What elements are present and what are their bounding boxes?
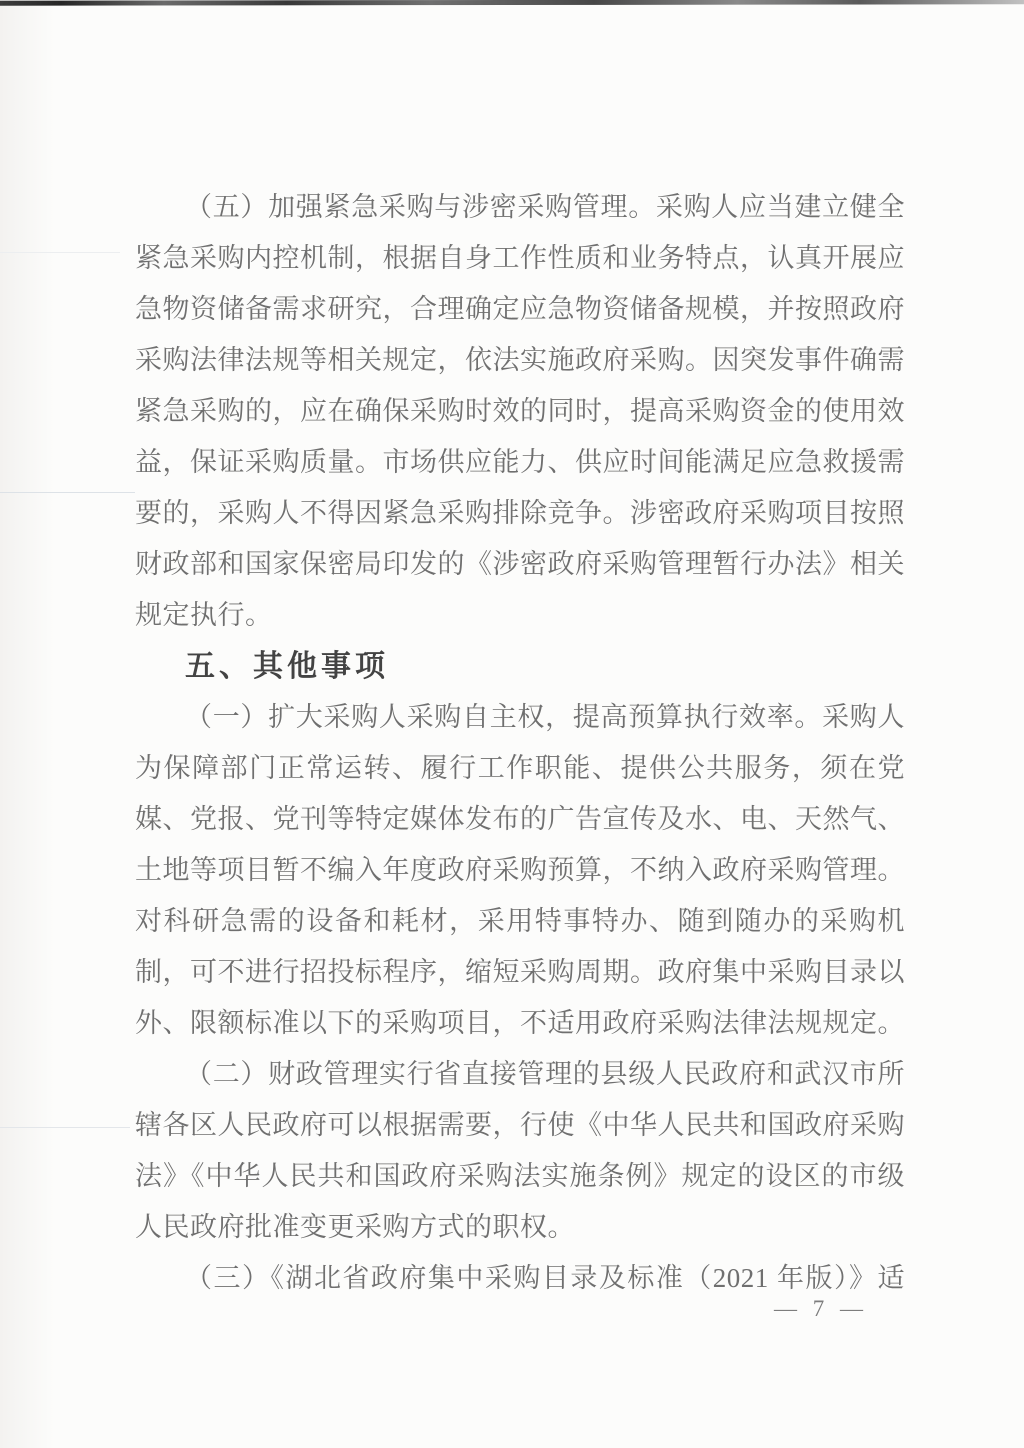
text-line: 媒、党报、党刊等特定媒体发布的广告宣传及水、电、天然气、	[135, 794, 905, 845]
text-line: 法》《中华人民共和国政府采购法实施条例》规定的设区的市级	[135, 1151, 905, 1202]
text-line: 急物资储备需求研究，合理确定应急物资储备规模，并按照政府	[135, 284, 905, 335]
text-line: （一）扩大采购人采购自主权，提高预算执行效率。采购人	[135, 692, 905, 743]
text-line: 要的，采购人不得因紧急采购排除竞争。涉密政府采购项目按照	[135, 488, 905, 539]
text-line: 益，保证采购质量。市场供应能力、供应时间能满足应急救援需	[135, 437, 905, 488]
scan-artifact-line	[0, 252, 120, 253]
text-line: 规定执行。	[135, 590, 905, 641]
scan-artifact-top-edge	[0, 0, 1024, 6]
text-line: 为保障部门正常运转、履行工作职能、提供公共服务，须在党	[135, 743, 905, 794]
page-number: — 7 —	[774, 1296, 868, 1322]
text-line: 紧急采购的，应在确保采购时效的同时，提高采购资金的使用效	[135, 386, 905, 437]
text-line: 采购法律法规等相关规定，依法实施政府采购。因突发事件确需	[135, 335, 905, 386]
text-line: 人民政府批准变更采购方式的职权。	[135, 1202, 905, 1253]
text-line: 紧急采购内控机制，根据自身工作性质和业务特点，认真开展应	[135, 233, 905, 284]
scan-artifact-line	[0, 1127, 130, 1128]
text-line: 财政部和国家保密局印发的《涉密政府采购管理暂行办法》相关	[135, 539, 905, 590]
text-line: （五）加强紧急采购与涉密采购管理。采购人应当建立健全	[135, 182, 905, 233]
text-line: 对科研急需的设备和耗材，采用特事特办、随到随办的采购机	[135, 896, 905, 947]
scanned-document-page: （五）加强紧急采购与涉密采购管理。采购人应当建立健全紧急采购内控机制，根据自身工…	[0, 0, 1024, 1448]
text-line: 辖各区人民政府可以根据需要，行使《中华人民共和国政府采购	[135, 1100, 905, 1151]
text-line: （二）财政管理实行省直接管理的县级人民政府和武汉市所	[135, 1049, 905, 1100]
document-body: （五）加强紧急采购与涉密采购管理。采购人应当建立健全紧急采购内控机制，根据自身工…	[135, 182, 905, 1304]
scan-artifact-line	[0, 492, 135, 493]
text-line: 制，可不进行招投标程序，缩短采购周期。政府集中采购目录以	[135, 947, 905, 998]
text-line: 外、限额标准以下的采购项目，不适用政府采购法律法规规定。	[135, 998, 905, 1049]
section-heading: 五、其他事项	[135, 641, 905, 692]
text-line: 土地等项目暂不编入年度政府采购预算，不纳入政府采购管理。	[135, 845, 905, 896]
